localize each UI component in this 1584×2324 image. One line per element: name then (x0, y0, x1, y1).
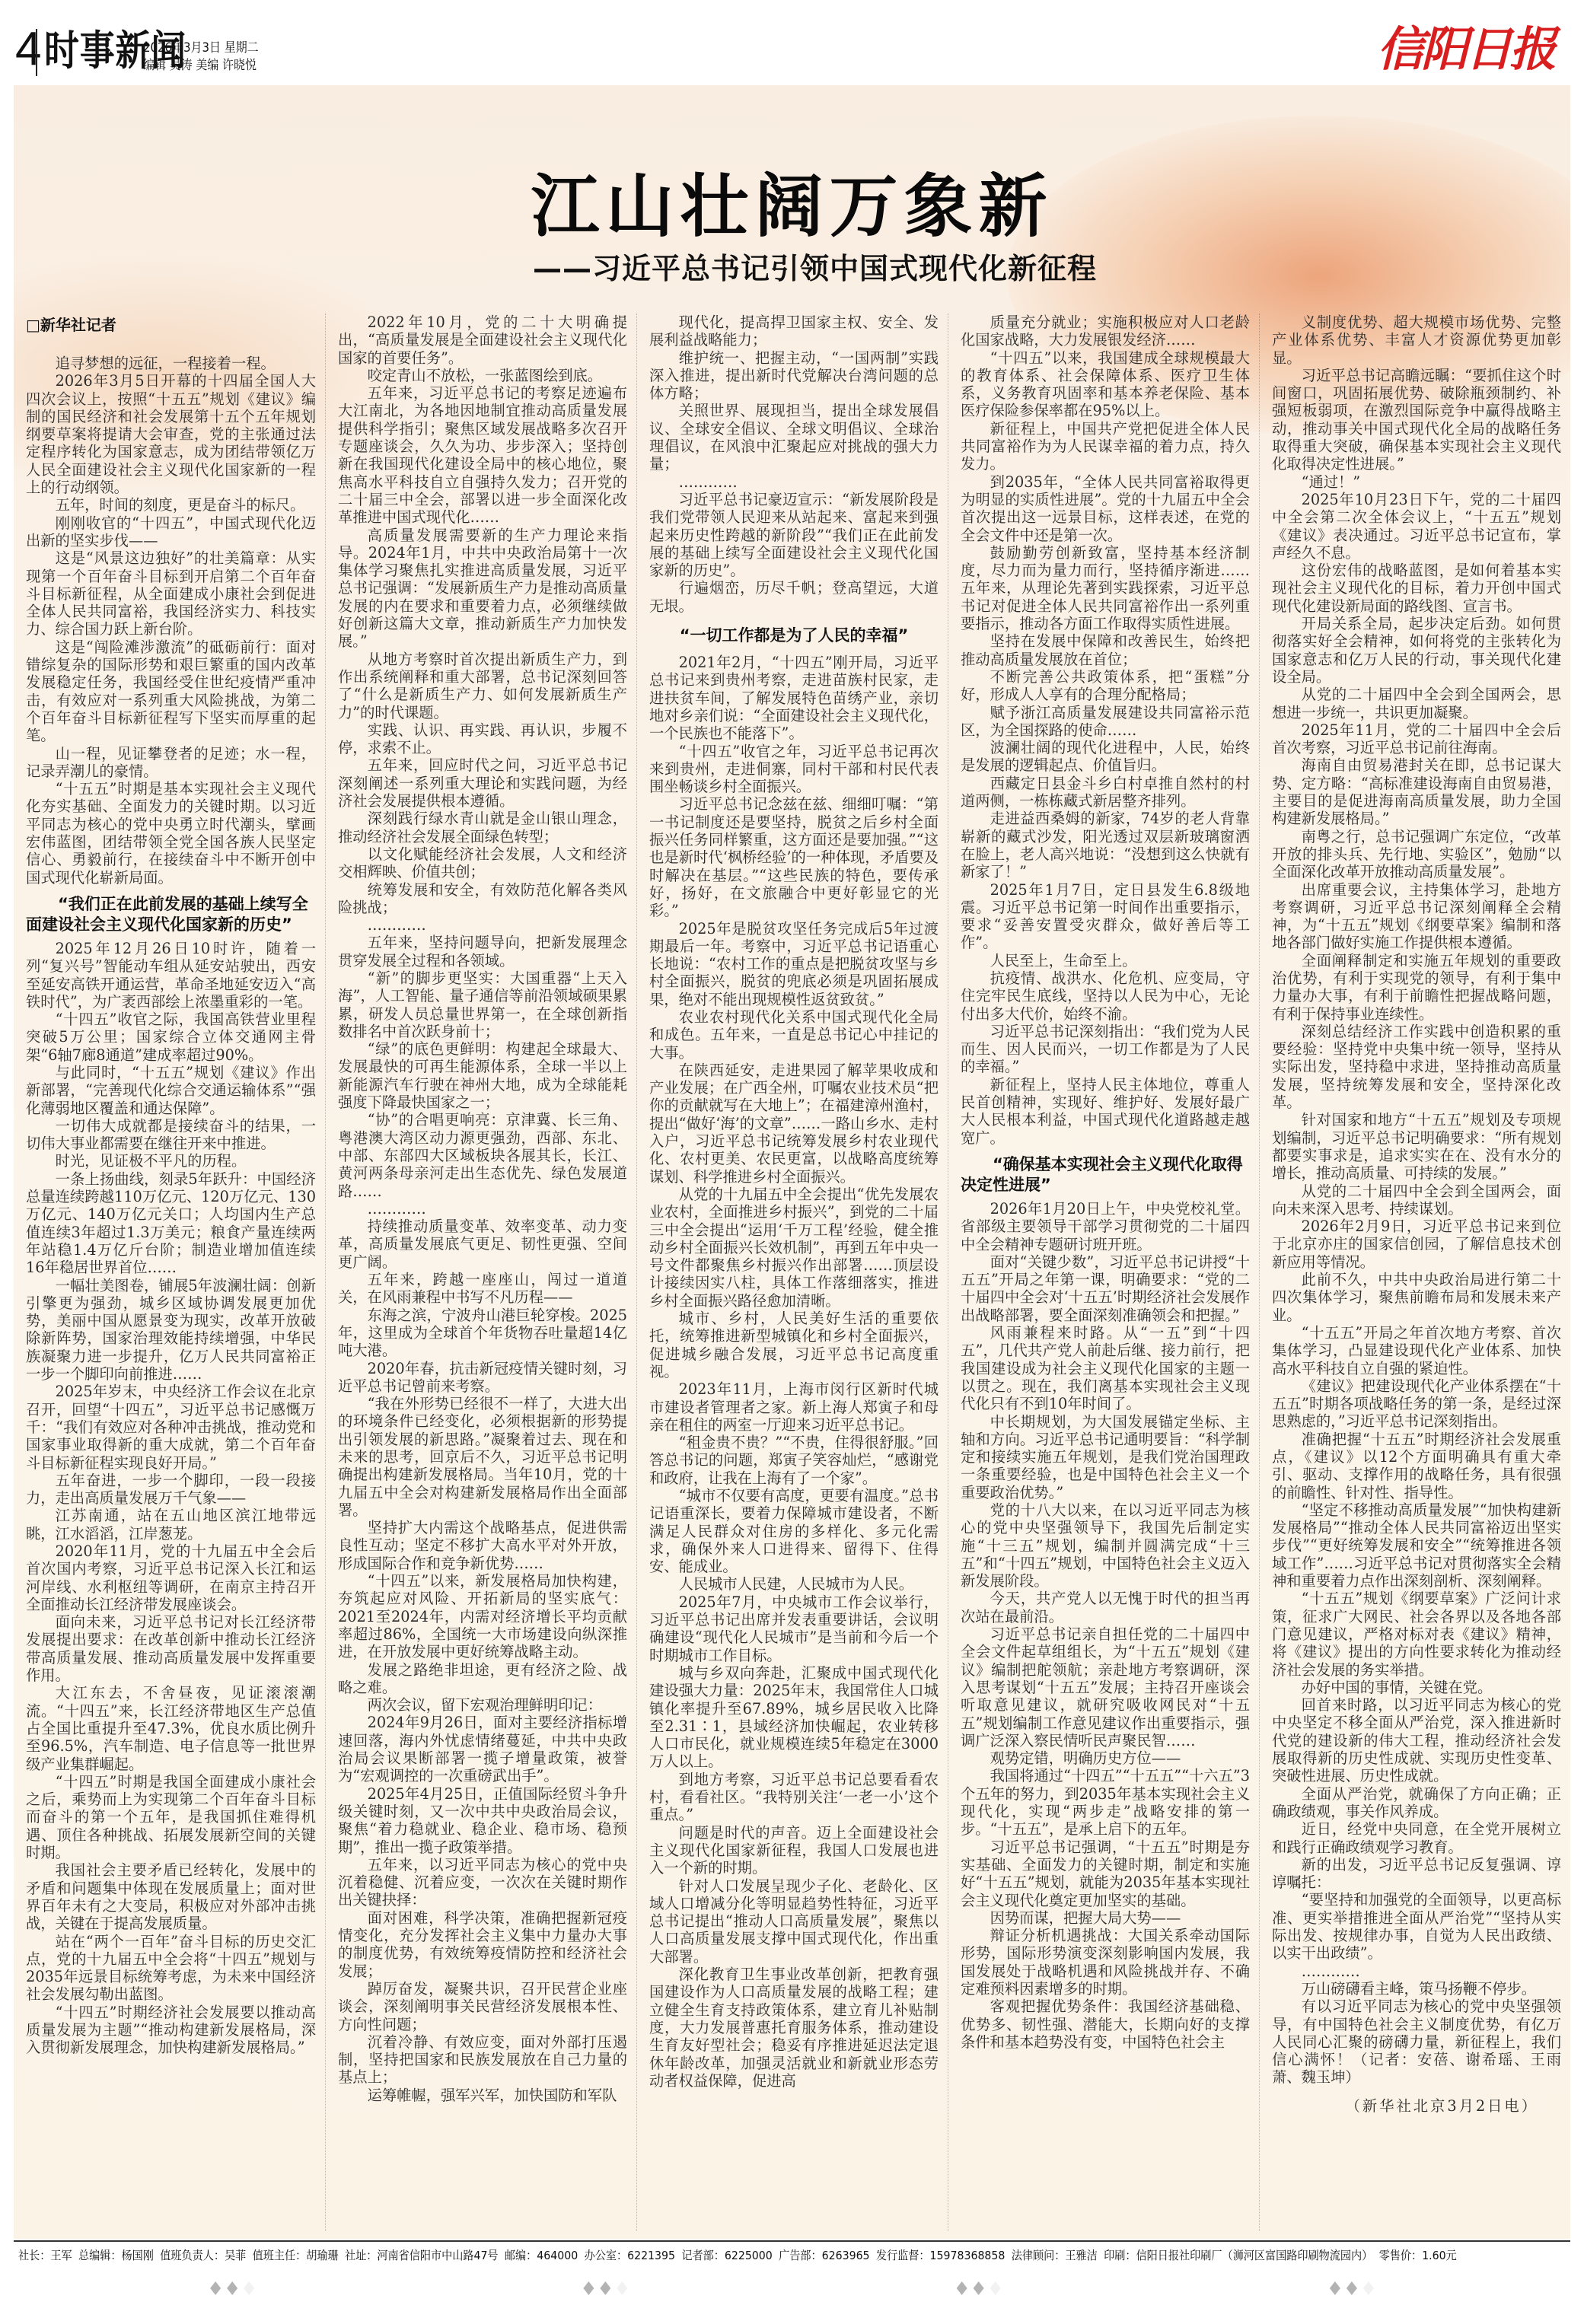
article-paragraph: “绿”的底色更鲜明：构建起全球最大、发展最快的可再生能源体系，全球一半以上新能源… (338, 1040, 627, 1111)
diamond-icon (227, 2281, 237, 2295)
article-paragraph: “协”的合唱更响亮：京津冀、长三角、粤港澳大湾区动力源更强劲，西部、东北、中部、… (338, 1111, 627, 1199)
article-columns: □新华社记者 追寻梦想的远征，一程接着一程。2026年3月5日开幕的十四届全国人… (14, 314, 1570, 2231)
article-paragraph: 深化教育卫生事业改革创新，把教育强国建设作为人口高质量发展的战略工程；建立健全生… (649, 1966, 939, 2090)
article-paragraph: 站在“两个一百年”奋斗目标的历史交汇点，党的十九届五中全会将“十四五”规划与20… (26, 1933, 316, 2004)
article-subtitle: ——习近平总书记引领中国式现代化新征程 (14, 251, 1570, 286)
article-paragraph: 城市、乡村，人民美好生活的重要依托，统筹推进新型城镇化和乡村全面振兴，促进城乡融… (649, 1310, 939, 1380)
ornament-group (583, 2281, 627, 2304)
diamond-icon (583, 2281, 594, 2295)
article-paragraph: 开局关系全局，起步决定后劲。如何贯彻落实好全会精神，如何将党的主张转化为国家意志… (1272, 615, 1561, 686)
article-paragraph: 不断完善公共政策体系，把“蛋糕”分好，形成人人享有的合理分配格局； (961, 668, 1250, 704)
article-column-4: 质量充分就业；实施积极应对人口老龄化国家战略，大力发展银发经济……“十四五”以来… (948, 314, 1259, 2231)
article-paragraph: 从地方考察时首次提出新质生产力，到作出系统阐释和重大部署，总书记深刻回答了“什么… (338, 651, 627, 721)
article-paragraph: 统筹发展和安全，有效防范化解各类风险挑战； (338, 881, 627, 917)
article-paragraph: “通过！” (1272, 473, 1561, 491)
article-paragraph: 2025年11月，党的二十届四中全会后首次考察，习近平总书记前往海南。 (1272, 721, 1561, 757)
article-paragraph: ………… (338, 916, 627, 934)
article-paragraph: 在陕西延安，走进果园了解苹果收成和产业发展；在广西全州，叮嘱农业技术员“把你的贡… (649, 1062, 939, 1186)
article-paragraph: 与此同时，“十五五”规划《建议》作出新部署，“完善现代化综合交通运输体系”“强化… (26, 1064, 316, 1117)
article-paragraph: 问题是时代的声音。迈上全面建设社会主义现代化国家新征程，我国人口发展也进入一个新… (649, 1824, 939, 1877)
article-paragraph: 发展之路绝非坦途，更有经济之险、战略之难。 (338, 1661, 627, 1697)
article-paragraph: 这是“风景这边独好”的壮美篇章：从实现第一个百年奋斗目标到开启第二个百年奋斗目标… (26, 549, 316, 638)
article-paragraph: 五年来，跨越一座座山，闯过一道道关，在风雨兼程中书写不凡历程—— (338, 1271, 627, 1307)
article-paragraph: 回首来时路，以习近平同志为核心的党中央坚定不移全面从严治党，深入推进新时代党的建… (1272, 1696, 1561, 1784)
article-paragraph: 2024年9月26日，面对主要经济指标增速回落，海内外忧虑情绪蔓延，中共中央政治… (338, 1714, 627, 1784)
masthead: 4 时事新闻 2026年3月3日 星期二 编辑 吴涛 美编 许晓悦 信阳日报 (0, 0, 1584, 84)
article-paragraph: 这份宏伟的战略蓝图，是如何着基本实现社会主义现代化的目标，着力开创中国式现代化建… (1272, 562, 1561, 615)
article-paragraph: 一幅壮美图卷，铺展5年波澜壮阔：创新引擎更为强劲，城乡区域协调发展更加优势，美丽… (26, 1277, 316, 1383)
article-paragraph: 五年，时间的刻度，更是奋斗的标尺。 (26, 496, 316, 514)
article-paragraph: 《建议》把建设现代化产业体系摆在“十五五”时期各项战略任务的第一条，是经过深思熟… (1272, 1377, 1561, 1431)
ornament-group (957, 2281, 1001, 2304)
article-paragraph: 五年来，回应时代之问，习近平总书记深刻阐述一系列重大理论和实践问题，为经济社会发… (338, 756, 627, 810)
article-paragraph: 走进益西桑姆的新家，74岁的老人背靠崭新的藏式沙发，阳光透过双层新玻璃窗洒在脸上… (961, 810, 1250, 880)
article-paragraph: 坚持扩大内需这个战略基点，促进供需良性互动；坚定不移扩大高水平对外开放，形成国际… (338, 1519, 627, 1572)
article-paragraph: 抗疫情、战洪水、化危机、应变局，守住完牢民生底线，坚持以人民为中心，无论付出多大… (961, 969, 1250, 1023)
article-paragraph: 万山磅礴看主峰，策马扬鞭不停步。 (1272, 1980, 1561, 1998)
article-paragraph: 波澜壮阔的现代化进程中，人民，始终是发展的逻辑起点、价值旨归。 (961, 739, 1250, 775)
article-paragraph: 现代化，提高捍卫国家主权、安全、发展利益战略能力； (649, 314, 939, 349)
article-paragraph: 2020年春，抗击新冠疫情关键时刻，习近平总书记曾前来考察。 (338, 1360, 627, 1396)
article-paragraph: 党的十八大以来，在以习近平同志为核心的党中央坚强领导下，我国先后制定实施“十三五… (961, 1501, 1250, 1590)
article-paragraph: 2022年10月，党的二十大明确提出，“高质量发展是全面建设社会主义现代化国家的… (338, 314, 627, 367)
article-paragraph: 新的出发，习近平总书记反复强调、谆谆嘱托： (1272, 1856, 1561, 1892)
article-paragraph: 赋予浙江高质量发展建设共同富裕示范区，为全国探路的使命…… (961, 704, 1250, 740)
article-paragraph: 观势定错，明确历史方位—— (961, 1749, 1250, 1767)
article-paragraph: 坚持在发展中保障和改善民生，始终把推动高质量发展放在首位； (961, 632, 1250, 668)
article-paragraph: 习近平总书记深刻指出：“我们党为人民而生、因人民而兴，一切工作都是为了人民的幸福… (961, 1023, 1250, 1076)
imprint-item: 值班主任：胡瑜珊 (253, 2249, 339, 2262)
diamond-icon (1363, 2281, 1374, 2295)
article-paragraph: 深刻总结经济工作实践中创造积累的重要经验：坚持党中央集中统一领导，坚持从实际出发… (1272, 1023, 1561, 1111)
article-paragraph: 高质量发展需要新的生产力理论来指导。2024年1月，中共中央政治局第十一次集体学… (338, 527, 627, 651)
article-paragraph: 2025年1月7日，定日县发生6.8级地震。习近平总书记第一时间作出重要指示，要… (961, 881, 1250, 952)
article-paragraph: 习近平总书记念兹在兹、细细叮嘱：“第一书记制度还是要坚持，脱贫之后乡村全面振兴任… (649, 795, 939, 919)
article-paragraph: 东海之滨，宁波舟山港巨轮穿梭。2025年，这里成为全球首个年货物吞吐量超14亿吨… (338, 1307, 627, 1360)
article-paragraph: 办好中国的事情，关键在党。 (1272, 1679, 1561, 1696)
article-paragraph: 新征程上，中国共产党把促进全体人民共同富裕作为为人民谋幸福的着力点，持久发力。 (961, 420, 1250, 473)
article-paragraph: 行遍烟峦，历尽千帆；登高望远，大道无垠。 (649, 579, 939, 615)
article-column-3: 现代化，提高捍卫国家主权、安全、发展利益战略能力；维护统一、把握主动，“一国两制… (636, 314, 948, 2231)
article-paragraph: 针对人口发展呈现少子化、老龄化、区域人口增减分化等明显趋势性特征，习近平总书记提… (649, 1877, 939, 1966)
article-dateline: （新华社北京3月2日电） (1272, 2097, 1561, 2115)
article-paragraph: 维护统一、把握主动，“一国两制”实践深入推进，提出新时代党解决台湾问题的总体方略… (649, 349, 939, 403)
imprint-item: 广告部：6263965 (779, 2249, 869, 2262)
article-paragraph: 这是“闯险滩涉激流”的砥砺前行：面对错综复杂的国际形势和艰巨繁重的国内改革发展稳… (26, 638, 316, 745)
article-paragraph: 西藏定日县金斗乡白村卓推自然村的村道两侧，一栋栋藏式新居整齐排列。 (961, 775, 1250, 810)
article-paragraph: 今天，共产党人以无愧于时代的担当再次站在最前沿。 (961, 1590, 1250, 1625)
article-paragraph: 2020年11月，党的十九届五中全会后首次国内考察，习近平总书记深入长江和运河岸… (26, 1542, 316, 1613)
newspaper-logo: 信阳日报 (1377, 23, 1554, 76)
article-paragraph: “十四五”以来，我国建成全球规模最大的教育体系、社会保障体系、医疗卫生体系，义务… (961, 349, 1250, 420)
imprint-item: 发行监督：15978368858 (876, 2249, 1005, 2262)
article-column-1: □新华社记者 追寻梦想的远征，一程接着一程。2026年3月5日开幕的十四届全国人… (14, 314, 325, 2231)
article-paragraph: 近日，经党中央同意，在全党开展树立和践行正确政绩观学习教育。 (1272, 1820, 1561, 1856)
ornament-group (1330, 2281, 1374, 2304)
article-paragraph: 沉着冷静、有效应变，面对外部打压遏制，坚持把国家和民族发展放在自己力量的基点上； (338, 2033, 627, 2087)
article-paragraph: 五年来，以习近平同志为核心的党中央沉着稳健、沉着应变，一次次在关键时期作出关键抉… (338, 1856, 627, 1909)
article-paragraph: 五年来，坚持问题导向，把新发展理念贯穿发展全过程和各领域。 (338, 934, 627, 969)
article-paragraph: 习近平总书记高瞻远瞩：“要抓住这个时间窗口，巩固拓展优势、破除瓶颈制约、补强短板… (1272, 367, 1561, 473)
article-paragraph: “十五五”时期是基本实现社会主义现代化夯实基础、全面发力的关键时期。以习近平同志… (26, 780, 316, 887)
imprint-item: 总编辑：杨国刚 (78, 2249, 154, 2262)
article-paragraph: “十四五”以来，新发展格局加快构建，夯筑起应对风险、开拓新局的坚实底气：2021… (338, 1572, 627, 1660)
imprint-item: 印刷：信阳日报社印刷厂（浉河区富国路印刷物流园内） (1104, 2249, 1372, 2262)
article-paragraph: 习近平总书记亲自担任党的二十届四中全会文件起草组组长，为“十五五”规划《建议》编… (961, 1625, 1250, 1749)
article-paragraph: 2023年11月，上海市闵行区新时代城市建设者管理者之家。新上海人郑寅子和母亲在… (649, 1380, 939, 1434)
diamond-icon (210, 2281, 221, 2295)
article-paragraph: 咬定青山不放松，一张蓝图绘到底。 (338, 367, 627, 384)
article-paragraph: 客观把握优势条件：我国经济基础稳、优势多、韧性强、潜能大，长期向好的支撑条件和基… (961, 1998, 1250, 2051)
imprint-item: 法律顾问：王雅洁 (1012, 2249, 1098, 2262)
imprint-item: 记者部：6225000 (681, 2249, 772, 2262)
article-paragraph: 质量充分就业；实施积极应对人口老龄化国家战略，大力发展银发经济…… (961, 314, 1250, 349)
diamond-icon (617, 2281, 627, 2295)
article-paragraph: 踔厉奋发，凝聚共识，召开民营企业座谈会，深刻阐明事关民营经济发展根本性、方向性问… (338, 1980, 627, 2033)
article-paragraph: 山一程，见证攀登者的足迹；水一程，记录弄潮儿的豪情。 (26, 745, 316, 781)
article-paragraph: 2021年2月，“十四五”刚开局，习近平总书记来到贵州考察，走进苗族村民家，走进… (649, 654, 939, 742)
article-paragraph: ………… (1272, 1963, 1561, 1980)
article-paragraph: 2025年岁末，中央经济工作会议在北京召开，回望“十四五”，习近平总书记感慨万千… (26, 1383, 316, 1471)
article-paragraph: 两次会议，留下宏观治理鲜明印记： (338, 1696, 627, 1714)
article-paragraph: 2025年4月25日，正值国际经贸斗争升级关键时刻，又一次中共中央政治局会议，聚… (338, 1785, 627, 1856)
section-subheading: “一切工作都是为了人民的幸福” (649, 626, 939, 646)
article-paragraph: “十四五”收官之年，习近平总书记再次来到贵州，走进侗寨，同村干部和村民代表围坐畅… (649, 743, 939, 796)
article-paragraph: 风雨兼程来时路。从“一五”到“十四五”，几代共产党人前赴后继、接力前行，把我国建… (961, 1324, 1250, 1412)
article-paragraph: 2025年7月，中央城市工作会议举行，习近平总书记出席并发表重要讲话，会议明确建… (649, 1593, 939, 1664)
article-paragraph: 有以习近平同志为核心的党中央坚强领导，有中国特色社会主义制度优势，有亿万人民同心… (1272, 1998, 1561, 2086)
article-paragraph: 中长期规划，为大国发展锚定坐标、主轴和方向。习近平总书记通明要旨：“科学制定和接… (961, 1413, 1250, 1501)
editor-credits: 编辑 吴涛 美编 许晓悦 (143, 57, 259, 75)
diamond-icon (1330, 2281, 1340, 2295)
article-paragraph: “要坚持和加强党的全面领导，以更高标准、更实举措推进全面从严治党”“坚持从实际出… (1272, 1891, 1561, 1962)
article-paragraph: 面对“关键少数”，习近平总书记讲授“十五五”开局之年第一课，明确要求：“党的二十… (961, 1253, 1250, 1324)
article-paragraph: 时光，见证极不平凡的历程。 (26, 1152, 316, 1170)
article-paragraph: 我国社会主要矛盾已经转化，发展中的矛盾和问题集中体现在发展质量上；面对世界百年未… (26, 1861, 316, 1932)
article-paragraph: 习近平总书记豪迈宣示：“新发展阶段是我们党带领人民迎来从站起来、富起来到强起来历… (649, 491, 939, 579)
article-paragraph: “我在外形势已经很不一样了，大进大出的环境条件已经变化，必须根据新的形势提出引领… (338, 1395, 627, 1519)
article-paragraph: 江苏南通，站在五山地区滨江地带远眺，江水滔滔，江岸葱茏。 (26, 1507, 316, 1542)
diamond-icon (990, 2281, 1001, 2295)
article-paragraph: “租金贵不贵？”“不贵，住得很舒服。”回答总书记的问题，郑寅子笑容灿烂，“感谢党… (649, 1434, 939, 1487)
masthead-meta: 2026年3月3日 星期二 编辑 吴涛 美编 许晓悦 (143, 40, 259, 75)
article-paragraph: 习近平总书记强调，“十五五”时期是夯实基础、全面发力的关键时期，制定和实施好“十… (961, 1839, 1250, 1909)
diamond-icon (957, 2281, 967, 2295)
section-subheading: “我们正在此前发展的基础上续写全面建设社会主义现代化国家新的历史” (26, 894, 316, 935)
issue-date: 2026年3月3日 星期二 (143, 40, 259, 57)
article-paragraph: 辩证分析机遇挑战：大国关系牵动国际形势，国际形势演变深刻影响国内发展，我国发展处… (961, 1927, 1250, 1998)
article-paragraph: 一条上扬曲线，刻录5年跃升：中国经济总量连续跨越110万亿元、120万亿元、13… (26, 1170, 316, 1277)
article-paragraph: 我国将通过“十四五”“十五五”“十六五”3个五年的努力，到2035年基本实现社会… (961, 1767, 1250, 1838)
section-subheading: “确保基本实现社会主义现代化取得决定性进展” (961, 1154, 1250, 1195)
article-paragraph: 2026年3月5日开幕的十四届全国人大四次会议上，按照“十五五”规划《建议》编制… (26, 372, 316, 496)
masthead-divider (36, 29, 37, 76)
article-paragraph: 鼓励勤劳创新致富，坚持基本经济制度，尽力而为量力而行，坚持循序渐进……五年来，从… (961, 544, 1250, 632)
article-column-5: 义制度优势、超大规模市场优势、完整产业体系优势、丰富人才资源优势更加彰显。习近平… (1259, 314, 1570, 2231)
article-paragraph: 2025年10月23日下午，党的二十届四中全会第二次全体会议上，“十五五”规划《… (1272, 491, 1561, 562)
article-paragraph: 面对困难，科学决策，准确把握新冠疫情变化，充分发挥社会主义集中力量办大事的制度优… (338, 1909, 627, 1980)
article-paragraph: 2026年2月9日，习近平总书记来到位于北京亦庄的国家信创园，了解信息技术创新应… (1272, 1218, 1561, 1271)
article-paragraph: “坚定不移推动高质量发展”“加快构建新发展格局”“推动全体人民共同富裕迈出坚实步… (1272, 1501, 1561, 1590)
article-paragraph: 准确把握“十五五”时期经济社会发展重点，《建议》以12个方面明确具有重大牵引、驱… (1272, 1431, 1561, 1501)
article-paragraph: 从党的二十届四中全会到全国两会，思想进一步统一，共识更加凝聚。 (1272, 686, 1561, 721)
article-paragraph: 运筹帷幄，强军兴军，加快国防和军队 (338, 2087, 627, 2104)
article-paragraph: 面向未来，习近平总书记对长江经济带发展提出要求：在改革创新中推动长江经济带高质量… (26, 1613, 316, 1684)
page-number: 4 (15, 26, 41, 73)
article-paragraph: 从党的二十届四中全会到全国两会，面向未来深入思考、持续谋划。 (1272, 1183, 1561, 1218)
article-paragraph: 全面阐释制定和实施五年规划的重要政治优势，有利于实现党的领导，有利于集中力量办大… (1272, 952, 1561, 1023)
article-paragraph: ………… (338, 1200, 627, 1218)
article-paragraph: “十五五”开局之年首次地方考察、首次集体学习，凸显建设现代化产业体系、加快高水平… (1272, 1324, 1561, 1377)
article-paragraph: 海南自由贸易港封关在即，总书记谋大势、定方略：“高标准建设海南自由贸易港，主要目… (1272, 756, 1561, 827)
article-paragraph: 刚刚收官的“十四五”，中国式现代化迈出新的坚实步伐—— (26, 514, 316, 550)
article-paragraph: 从党的十九届五中全会提出“优先发展农业农村，全面推进乡村振兴”，到党的二十届三中… (649, 1186, 939, 1310)
imprint-footer: 社长：王军总编辑：杨国刚值班负责人：吴菲值班主任：胡瑜珊社址：河南省信阳市中山路… (18, 2246, 1462, 2265)
article-paragraph: 2025年12月26日10时许，随着一列“复兴号”智能动车组从延安站驶出，西安至… (26, 940, 316, 1011)
article-paragraph: 到2035年，“全体人民共同富裕取得更为明显的实质性进展”。党的十九届五中全会首… (961, 473, 1250, 544)
page-edge-ornaments (0, 2281, 1584, 2304)
imprint-item: 值班负责人：吴菲 (160, 2249, 246, 2262)
article-paragraph: 南粤之行，总书记强调广东定位，“改革开放的排头兵、先行地、实验区”，勉励“以全面… (1272, 828, 1561, 881)
article-title: 江山壮阔万象新 (14, 169, 1570, 245)
article-paragraph: 农业农村现代化关系中国式现代化全局和成色。五年来，一直是总书记心中挂记的大事。 (649, 1008, 939, 1062)
article-paragraph: 人民至上，生命至上。 (961, 952, 1250, 969)
article-paragraph: 关照世界、展现担当，提出全球发展倡议、全球安全倡议、全球文明倡议、全球治理倡议，… (649, 402, 939, 473)
article-paragraph: 大江东去，不舍昼夜，见证滚滚潮流。“十四五”来，长江经济带地区生产总值占全国比重… (26, 1684, 316, 1772)
article-paragraph: “新”的脚步更坚实：大国重器“上天入海”，人工智能、量子通信等前沿领域硕果累累，… (338, 969, 627, 1040)
ornament-group (210, 2281, 254, 2304)
diamond-icon (244, 2281, 254, 2295)
article-paragraph: 全面从严治党，就确保了方向正确；正确政绩观，事关作风养成。 (1272, 1785, 1561, 1821)
headline-block: 江山壮阔万象新 ——习近平总书记引领中国式现代化新征程 (14, 169, 1570, 286)
article-paragraph: 五年来，习近平总书记的考察足迹遍布大江南北，为各地因地制宜推动高质量发展提供科学… (338, 384, 627, 526)
diamond-icon (600, 2281, 610, 2295)
imprint-item: 社长：王军 (18, 2249, 72, 2262)
diamond-icon (974, 2281, 984, 2295)
imprint-item: 办公室：6221395 (585, 2249, 675, 2262)
imprint-item: 社址：河南省信阳市中山路47号 (345, 2249, 499, 2262)
article-paragraph: 因势而谋，把握大局大势—— (961, 1909, 1250, 1927)
article-paragraph: 针对国家和地方“十五五”规划及专项规划编制，习近平总书记明确要求：“所有规划都要… (1272, 1111, 1561, 1182)
article-paragraph: 2026年1月20日上午，中央党校礼堂。省部级主要领导干部学习贯彻党的二十届四中… (961, 1200, 1250, 1253)
article-paragraph: 一切伟大成就都是接续奋斗的结果，一切伟大事业都需要在继往开来中推进。 (26, 1117, 316, 1153)
article-paragraph: 到地方考察，习近平总书记总要看看农村，看看社区。“我特别关注‘一老一小’这个重点… (649, 1771, 939, 1824)
article-paragraph: 深刻践行绿水青山就是金山银山理念，推动经济社会发展全面绿色转型； (338, 810, 627, 845)
article-paragraph: 以文化赋能经济社会发展，人文和经济交相辉映、价值共创； (338, 845, 627, 881)
diamond-icon (1347, 2281, 1357, 2295)
footer-divider (14, 2240, 1570, 2242)
article-paragraph: “十四五”收官之际，我国高铁营业里程突破5万公里；国家综合立体交通网主骨架“6轴… (26, 1011, 316, 1064)
article-paragraph: 出席重要会议，主持集体学习，赴地方考察调研，习近平总书记深刻阐释全会精神，为“十… (1272, 881, 1561, 952)
imprint-item: 邮编：464000 (505, 2249, 578, 2262)
article-paragraph: “十五五”规划《纲要草案》广泛问计求策，征求广大网民、社会各界以及各地各部门意见… (1272, 1590, 1561, 1678)
article-column-2: 2022年10月，党的二十大明确提出，“高质量发展是全面建设社会主义现代化国家的… (325, 314, 636, 2231)
article-paragraph: 实践、认识、再实践、再认识，步履不停，求索不止。 (338, 721, 627, 757)
article-paragraph: 持续推动质量变革、效率变革、动力变革，高质量发展底气更足、韧性更强、空间更广阔。 (338, 1218, 627, 1271)
article-paragraph: “城市不仅要有高度，更要有温度。”总书记语重深长，要着力保障城市建设者，不断满足… (649, 1487, 939, 1575)
article-paragraph: “十四五”时期经济社会发展要以推动高质量发展为主题”“推动构建新发展格局，深入贯… (26, 2004, 316, 2057)
article-area: 江山壮阔万象新 ——习近平总书记引领中国式现代化新征程 □新华社记者 追寻梦想的… (14, 85, 1570, 2239)
article-paragraph: 义制度优势、超大规模市场优势、完整产业体系优势、丰富人才资源优势更加彰显。 (1272, 314, 1561, 367)
article-byline: □新华社记者 (26, 315, 316, 335)
article-paragraph: “十四五”时期是我国全面建成小康社会之后，乘势而上为实现第二个百年奋斗目标而奋斗… (26, 1773, 316, 1861)
article-paragraph: 新征程上，坚持人民主体地位，尊重人民首创精神，实现好、维护好、发展好最广大人民根… (961, 1076, 1250, 1147)
imprint-item: 零售价：1.60元 (1379, 2249, 1457, 2262)
article-paragraph: 追寻梦想的远征，一程接着一程。 (26, 355, 316, 372)
article-paragraph: 五年奋进，一步一个脚印，一段一段接力，走出高质量发展万千气象—— (26, 1472, 316, 1507)
article-paragraph: 城与乡双向奔赴，汇聚成中国式现代化建设强大力量：2025年末，我国常住人口城镇化… (649, 1664, 939, 1771)
article-paragraph: 人民城市人民建，人民城市为人民。 (649, 1575, 939, 1593)
article-paragraph: 此前不久，中共中央政治局进行第二十四次集体学习，聚焦前瞻布局和发展未来产业。 (1272, 1271, 1561, 1324)
article-paragraph: 2025年是脱贫攻坚任务完成后5年过渡期最后一年。考察中，习近平总书记语重心长地… (649, 920, 939, 1008)
article-paragraph: ………… (649, 473, 939, 491)
